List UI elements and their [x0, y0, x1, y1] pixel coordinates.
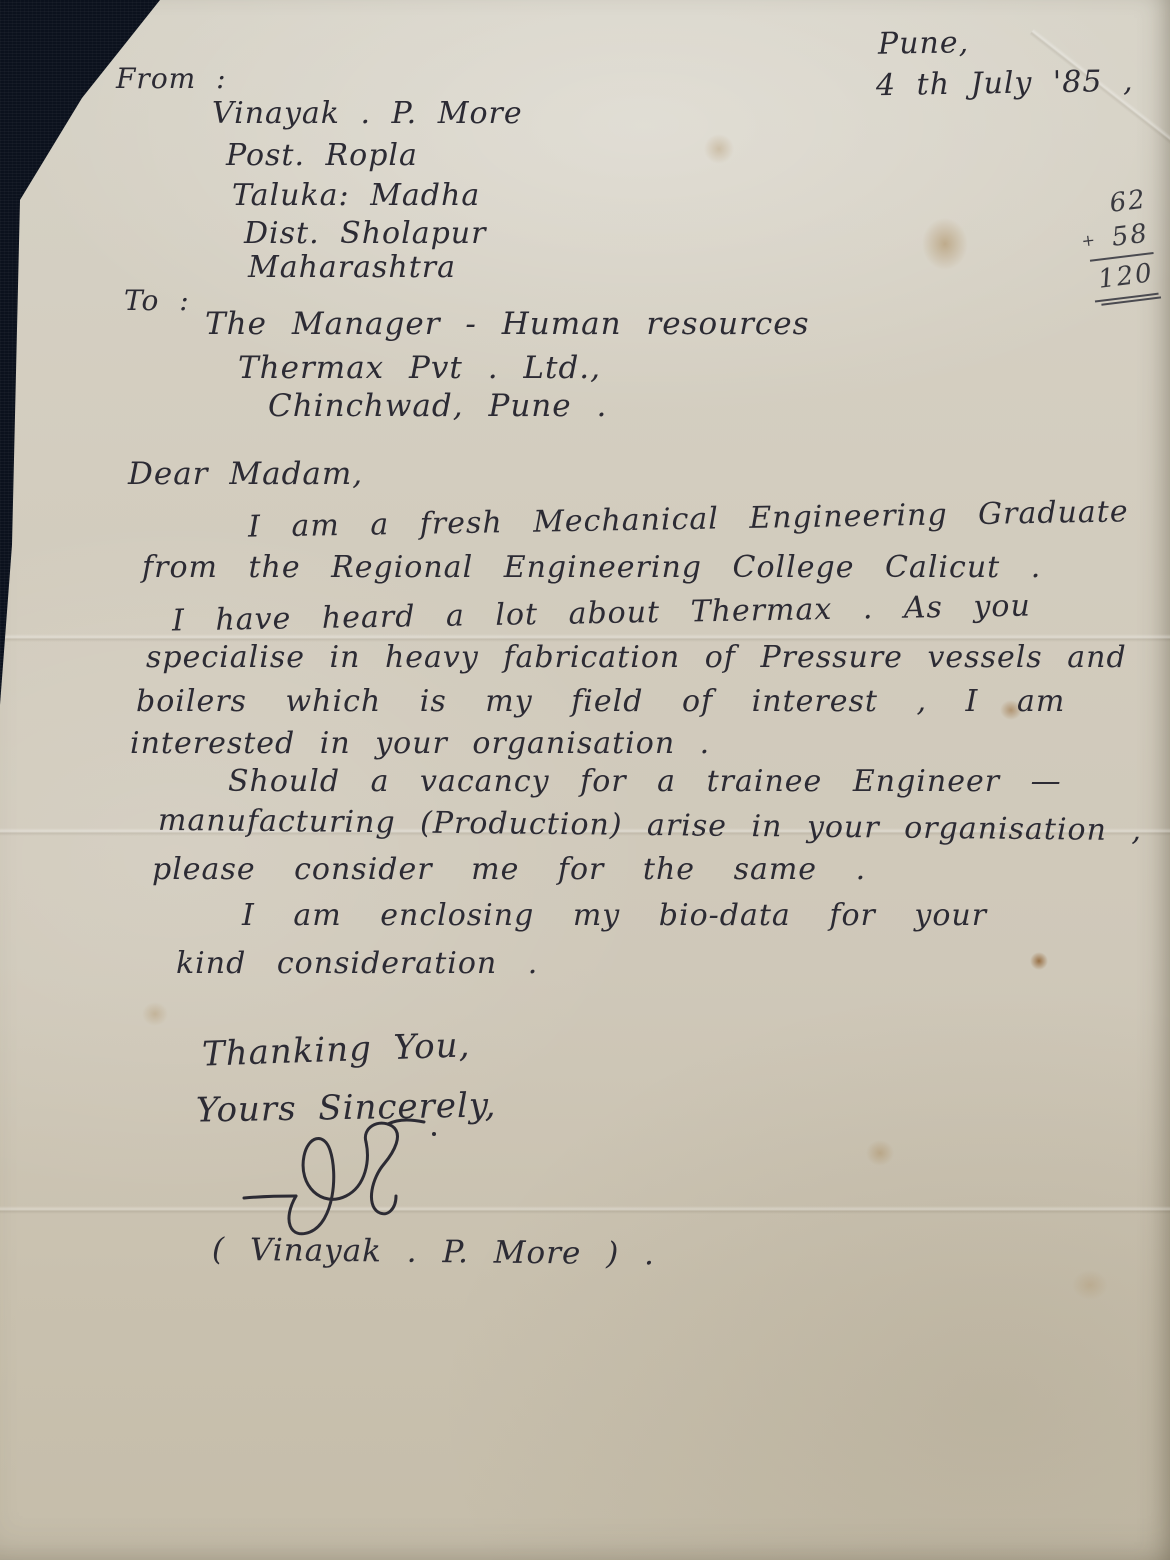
body-line: interested in your organisation .: [130, 726, 710, 761]
from-line: Post. Ropla: [226, 138, 418, 173]
stain: [704, 134, 734, 164]
body-line: please consider me for the same .: [152, 852, 866, 887]
calc-plus-mark: +: [1080, 223, 1099, 259]
to-line: Chinchwad, Pune .: [268, 388, 607, 424]
salutation: Dear Madam,: [128, 456, 363, 492]
from-line: Maharashtra: [248, 250, 456, 285]
stain: [866, 1140, 894, 1166]
body-line: from the Regional Engineering College Ca…: [142, 550, 1041, 585]
to-line: The Manager - Human resources: [205, 306, 810, 342]
place-line: Pune,: [878, 25, 970, 62]
to-line: Thermax Pvt . Ltd.,: [238, 350, 601, 386]
from-label: From :: [116, 62, 227, 95]
to-label: To :: [124, 284, 190, 317]
from-line: Dist. Sholapur: [244, 216, 486, 251]
signature: [238, 1112, 458, 1252]
margin-calculation: 62 +58 120: [1082, 183, 1159, 303]
body-line: Should a vacancy for a trainee Engineer …: [228, 764, 1062, 799]
body-line: manufacturing (Production) arise in your…: [158, 803, 1142, 848]
body-line: boilers which is my field of interest , …: [136, 684, 1065, 719]
body-line: I am enclosing my bio-data for your: [242, 898, 987, 933]
body-line: specialise in heavy fabrication of Press…: [146, 640, 1127, 675]
body-line: I am a fresh Mechanical Engineering Grad…: [248, 494, 1129, 544]
signed-name: ( Vinayak . P. More ) .: [212, 1232, 655, 1273]
stain: [1072, 1270, 1108, 1300]
stain: [142, 1002, 168, 1026]
body-line: kind consideration .: [176, 946, 538, 981]
date-line: 4 th July '85 ,: [876, 64, 1134, 103]
from-line: Taluka: Madha: [232, 178, 480, 213]
letter-paper: Pune, 4 th July '85 , 62 +58 120 From : …: [0, 0, 1170, 1560]
stain: [1030, 952, 1048, 970]
fold-crease: [0, 1206, 1170, 1214]
calc-total: 120: [1090, 254, 1158, 302]
stain: [922, 218, 968, 270]
closing-thanks: Thanking You,: [201, 1025, 471, 1074]
from-line: Vinayak . P. More: [212, 96, 523, 131]
body-line: I have heard a lot about Thermax . As yo…: [172, 589, 1031, 639]
